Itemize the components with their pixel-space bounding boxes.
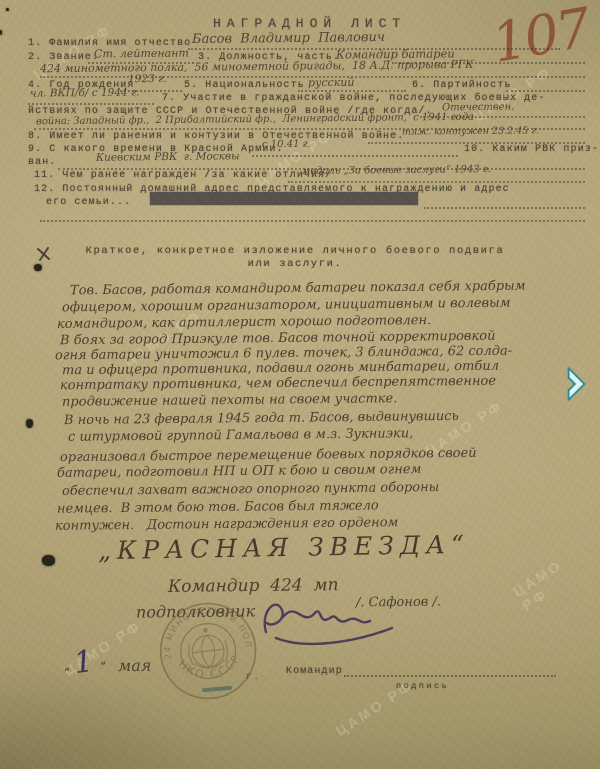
dotted-leader	[368, 140, 585, 144]
paper-speck	[6, 8, 9, 11]
dotted-leader	[58, 166, 585, 170]
dotted-leader	[298, 88, 406, 92]
field-rvk-label-1: 10. Каким РВК приз-	[464, 144, 599, 155]
document-title: НАГРАДНОЙ ЛИСТ	[213, 16, 406, 31]
field-army-since-value: с 10.41 г.	[262, 139, 311, 151]
field-rvk-value: Киевским РВК г. Москвы	[96, 150, 240, 164]
dotted-leader	[40, 74, 585, 78]
dotted-leader	[424, 205, 585, 209]
feat-line: немцев. В этом бою тов. Басов был тяжело	[57, 498, 379, 516]
feat-section-heading-1: Краткое, конкретное изложение личного бо…	[60, 245, 530, 257]
feat-line: офицером, хорошим организатором, инициат…	[62, 296, 511, 316]
field-rank-value: Ст. лейтенант	[94, 47, 189, 61]
field-wounds-label: 8. Имеет ли ранения и контузии в Отечест…	[28, 131, 404, 142]
date-quote-close: “	[100, 662, 107, 673]
feat-section-heading-2: или заслуги.	[60, 258, 530, 270]
date-quote-open: „	[64, 662, 71, 673]
paper-speck	[0, 30, 2, 35]
feat-line: с штурмовой группой Гамальова в м.з. Зук…	[68, 426, 413, 445]
dotted-leader	[288, 179, 585, 183]
dotted-leader	[392, 60, 585, 64]
signature-autograph	[256, 592, 408, 656]
dotted-leader	[506, 88, 585, 92]
footer-commander-label: Командир	[286, 666, 343, 677]
field-address-label-2: его семьи...	[46, 197, 131, 208]
dotted-leader	[40, 218, 585, 222]
dotted-leader	[34, 126, 585, 130]
next-page-button[interactable]	[561, 366, 591, 404]
feat-line: продвижение нашей пехоты на своем участк…	[62, 391, 397, 410]
dotted-leader	[344, 673, 556, 677]
margin-check-mark	[36, 246, 52, 262]
paper-hole	[42, 555, 55, 566]
official-stamp: 424 МИНОМЕТНЫЙ ПОЛК НКО СССР	[143, 584, 273, 715]
field-rvk-label-2: ван.	[28, 157, 56, 168]
dotted-leader	[188, 46, 560, 50]
date-month-value: мая	[118, 656, 152, 675]
field-party-label: 6. Партийность	[412, 80, 511, 91]
feat-line: батареи, подготовил НП и ОП к бою и свои…	[57, 462, 421, 481]
feat-line: В ночь на 23 февраля 1945 года т. Басов,…	[64, 409, 459, 428]
field-name-value: Басов Владимир Павлович	[192, 30, 385, 47]
award-name: „КРАСНАЯ ЗВЕЗДА“	[98, 530, 470, 565]
feat-line: обеспечил захват важного опорного пункта…	[62, 480, 439, 499]
redaction-bar	[150, 192, 418, 205]
dotted-leader	[28, 101, 154, 105]
date-year-suffix: г.	[246, 672, 260, 683]
dotted-leader	[252, 153, 458, 157]
watermark: ЦАМО РФ	[510, 539, 600, 614]
dotted-leader	[420, 114, 585, 118]
paper-hole	[26, 419, 33, 428]
date-day-value: 1	[72, 644, 96, 681]
footer-signature-label: подпись	[396, 681, 449, 691]
scanned-award-document-page: ЦАМО РФ ЦАМО РФ ЦАМО РФ ЦАМО РФ ЦАМО РФ …	[0, 0, 600, 769]
dotted-leader	[88, 60, 194, 64]
feat-line: контратаку противника, чем обеспечил бес…	[60, 374, 496, 394]
field-nationality-label: 5. Национальность	[184, 80, 305, 91]
paper-hole	[34, 264, 42, 271]
chevron-right-icon	[562, 366, 590, 402]
dotted-leader	[120, 88, 182, 92]
